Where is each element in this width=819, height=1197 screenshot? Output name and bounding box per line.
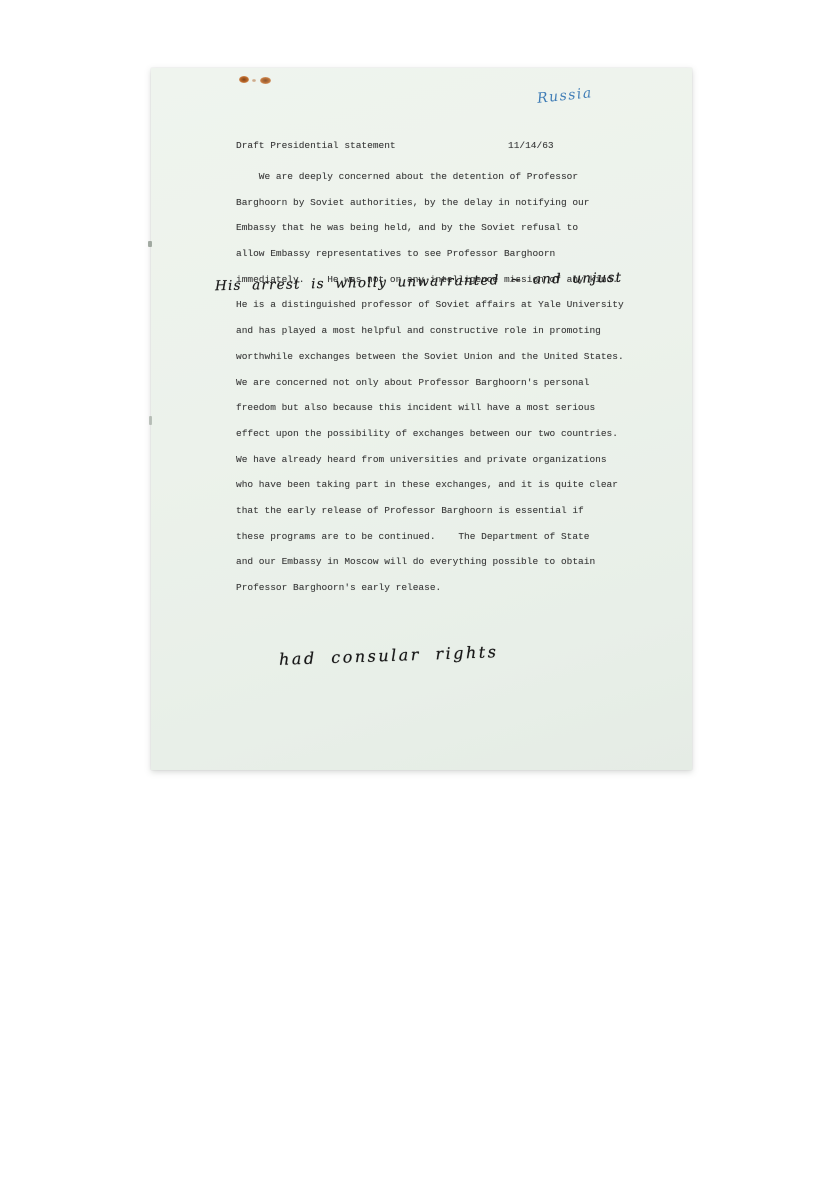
- document-date: 11/14/63: [508, 140, 554, 151]
- typed-line: Barghoorn by Soviet authorities, by the …: [236, 190, 676, 216]
- rust-stain: [260, 77, 271, 84]
- typed-line: these programs are to be continued. The …: [236, 524, 676, 550]
- paper-edge-speck: [148, 241, 152, 247]
- document-page: Russia Draft Presidential statement 11/1…: [151, 68, 692, 770]
- handwritten-note: had consular rights: [279, 642, 499, 669]
- rust-stain: [252, 79, 256, 82]
- typed-line: We are deeply concerned about the detent…: [236, 164, 676, 190]
- typed-line: We have already heard from universities …: [236, 447, 676, 473]
- typed-line: We are concerned not only about Professo…: [236, 370, 676, 396]
- typed-body: We are deeply concerned about the detent…: [236, 164, 676, 601]
- typed-line: and our Embassy in Moscow will do everyt…: [236, 549, 676, 575]
- typed-line: who have been taking part in these excha…: [236, 472, 676, 498]
- typed-line: Professor Barghoorn's early release.: [236, 575, 676, 601]
- typed-line: allow Embassy representatives to see Pro…: [236, 241, 676, 267]
- typed-line: He is a distinguished professor of Sovie…: [236, 292, 676, 318]
- rust-stain: [239, 76, 249, 83]
- handwritten-russia-label: Russia: [536, 85, 593, 107]
- scan-background: Russia Draft Presidential statement 11/1…: [0, 0, 819, 1197]
- typed-line: Embassy that he was being held, and by t…: [236, 215, 676, 241]
- paper-edge-speck: [149, 416, 152, 425]
- typed-line: and has played a most helpful and constr…: [236, 318, 676, 344]
- typed-line: effect upon the possibility of exchanges…: [236, 421, 676, 447]
- typed-line: freedom but also because this incident w…: [236, 395, 676, 421]
- typed-line: that the early release of Professor Barg…: [236, 498, 676, 524]
- document-title: Draft Presidential statement: [236, 140, 396, 151]
- typed-line: worthwhile exchanges between the Soviet …: [236, 344, 676, 370]
